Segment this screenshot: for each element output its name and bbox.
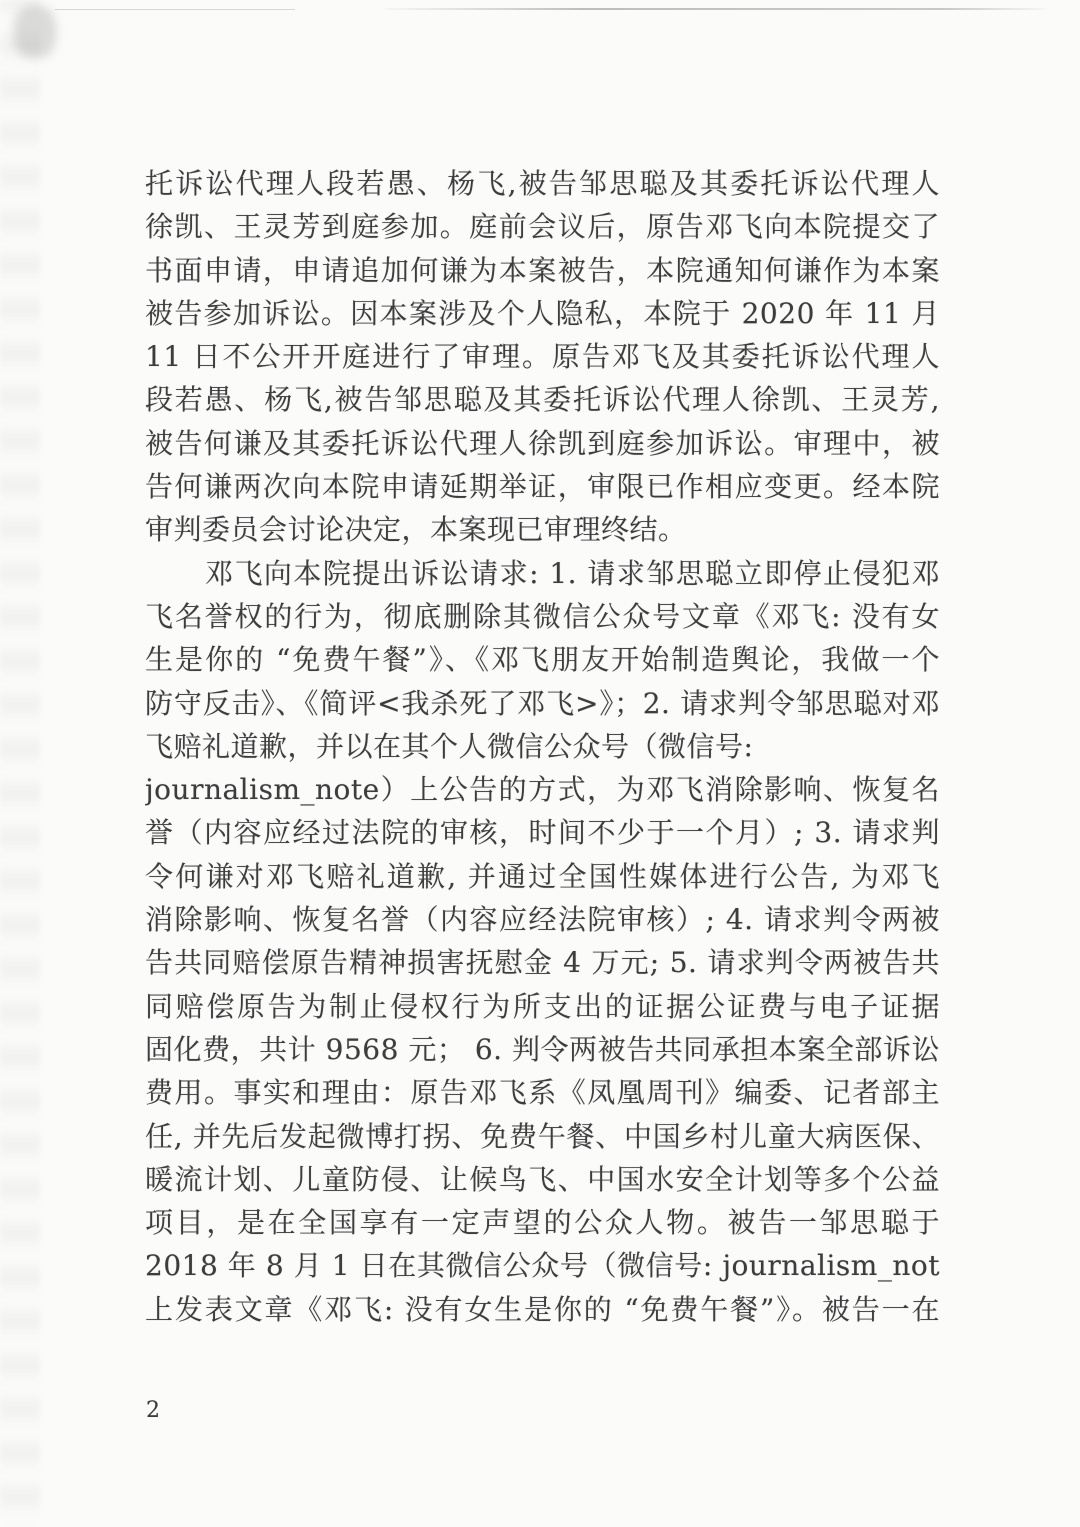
text-line: 消除影响、恢复名誉（内容应经法院审核）; 4. 请求判令两被 — [145, 898, 940, 941]
text-line: 上发表文章《邓飞: 没有女生是你的 “免费午餐”》。被告一在 — [145, 1288, 940, 1331]
text-line: 2018 年 8 月 1 日在其微信公众号（微信号: journalism_no… — [145, 1244, 940, 1287]
page-number: 2 — [146, 1398, 160, 1424]
scan-artifact-left-edge-bleedthrough — [0, 0, 40, 1527]
text-line: 费用。事实和理由：原告邓飞系《凤凰周刊》编委、记者部主 — [145, 1071, 940, 1114]
text-line: 令何谦对邓飞赔礼道歉, 并通过全国性媒体进行公告, 为邓飞 — [145, 855, 940, 898]
scan-artifact-top-line-left — [55, 9, 295, 10]
text-line: 誉（内容应经过法院的审核，时间不少于一个月）; 3. 请求判 — [145, 811, 940, 854]
text-line: 项目，是在全国享有一定声望的公众人物。被告一邹思聪于 — [145, 1201, 940, 1244]
document-body: 托诉讼代理人段若愚、杨飞,被告邹思聪及其委托诉讼代理人徐凯、王灵芳到庭参加。庭前… — [145, 162, 940, 1331]
text-line: 徐凯、王灵芳到庭参加。庭前会议后，原告邓飞向本院提交了 — [145, 205, 940, 248]
text-line: 邓飞向本院提出诉讼请求: 1. 请求邹思聪立即停止侵犯邓 — [145, 552, 940, 595]
text-line: 告何谦两次向本院申请延期举证，审限已作相应变更。经本院 — [145, 465, 940, 508]
text-line: 被告何谦及其委托诉讼代理人徐凯到庭参加诉讼。审理中，被 — [145, 422, 940, 465]
text-line: 暖流计划、儿童防侵、让候鸟飞、中国水安全计划等多个公益 — [145, 1158, 940, 1201]
text-line: 被告参加诉讼。因本案涉及个人隐私，本院于 2020 年 11 月 — [145, 292, 940, 335]
text-line: 告共同赔偿原告精神损害抚慰金 4 万元; 5. 请求判令两被告共 — [145, 941, 940, 984]
text-line: 11 日不公开开庭进行了审理。原告邓飞及其委托诉讼代理人 — [145, 335, 940, 378]
text-line: 防守反击》、《简评<我杀死了邓飞>》；2. 请求判令邹思聪对邓 — [145, 682, 940, 725]
text-line: 生是你的 “免费午餐”》、《邓飞朋友开始制造舆论，我做一个 — [145, 638, 940, 681]
text-line: 审判委员会讨论决定，本案现已审理终结。 — [145, 508, 940, 551]
text-line: journalism_note）上公告的方式，为邓飞消除影响、恢复名 — [145, 768, 940, 811]
text-line: 段若愚、杨飞,被告邹思聪及其委托诉讼代理人徐凯、王灵芳, — [145, 378, 940, 421]
text-line: 固化费，共计 9568 元； 6. 判令两被告共同承担本案全部诉讼 — [145, 1028, 940, 1071]
text-line: 托诉讼代理人段若愚、杨飞,被告邹思聪及其委托诉讼代理人 — [145, 162, 940, 205]
text-line: 书面申请，申请追加何谦为本案被告，本院通知何谦作为本案 — [145, 249, 940, 292]
text-line: 飞赔礼道歉，并以在其个人微信公众号（微信号: — [145, 725, 940, 768]
text-line: 同赔偿原告为制止侵权行为所支出的证据公证费与电子证据 — [145, 985, 940, 1028]
scanned-court-document-page: 托诉讼代理人段若愚、杨飞,被告邹思聪及其委托诉讼代理人徐凯、王灵芳到庭参加。庭前… — [0, 0, 1080, 1527]
text-line: 任, 并先后发起微博打拐、免费午餐、中国乡村儿童大病医保、 — [145, 1115, 940, 1158]
text-line: 飞名誉权的行为，彻底删除其微信公众号文章《邓飞: 没有女 — [145, 595, 940, 638]
scan-artifact-corner-smudge — [14, 6, 56, 58]
scan-artifact-top-line — [385, 8, 1045, 10]
